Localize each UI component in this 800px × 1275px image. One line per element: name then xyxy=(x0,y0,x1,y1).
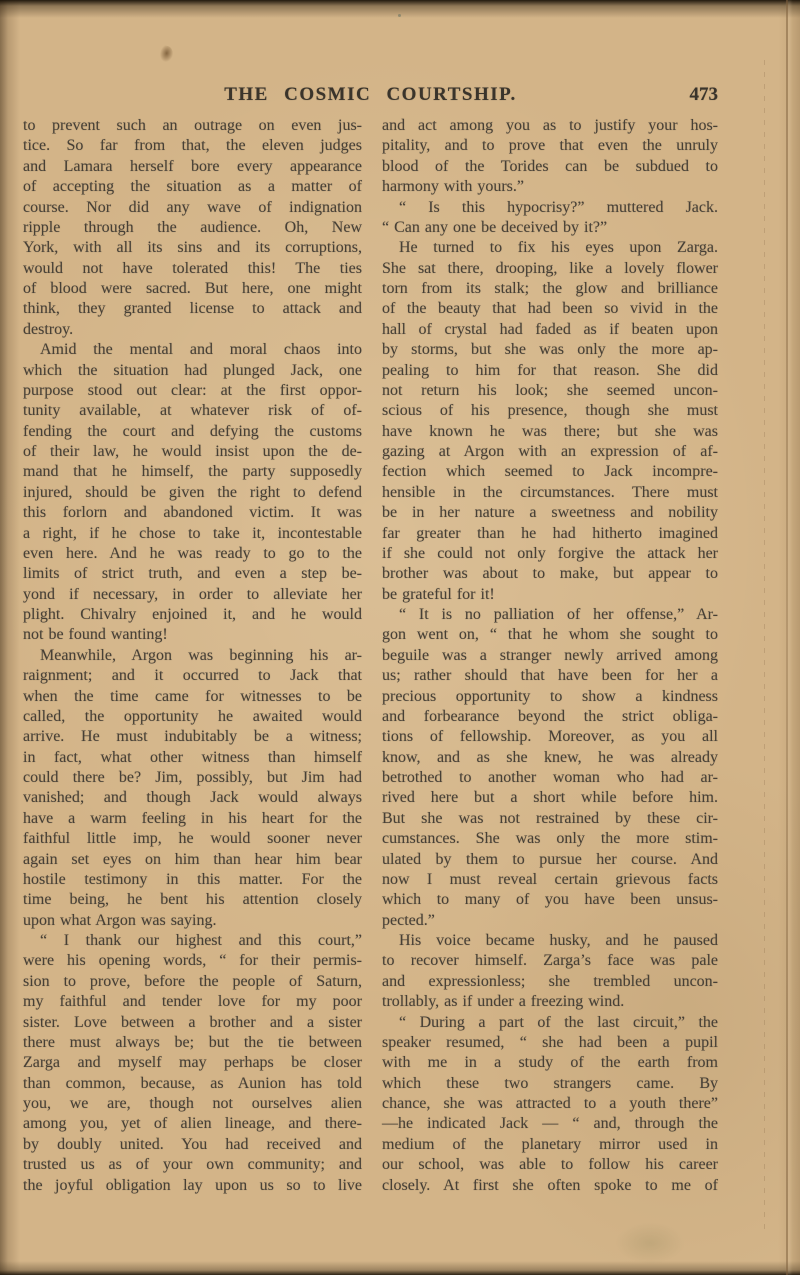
text-line: —he indicated Jack — “ and, through the xyxy=(382,1114,718,1134)
text-line: not return his look; she seemed uncon- xyxy=(382,381,718,401)
text-line: time being, he bent his attention closel… xyxy=(23,890,362,910)
text-line: which these two strangers came. By xyxy=(382,1074,718,1094)
paragraph: Meanwhile, Argon was beginning his ar-ra… xyxy=(23,646,362,931)
text-line: and forbearance beyond the strict obliga… xyxy=(382,707,718,727)
text-line: mand that he himself, the party supposed… xyxy=(23,462,362,482)
text-line: a right, if he chose to take it, inconte… xyxy=(23,524,362,544)
text-line: gazing at Argon with an expression of af… xyxy=(382,442,718,462)
page-edge-crease xyxy=(786,0,788,1275)
text-line: “ Is this hypocrisy?” muttered Jack. xyxy=(382,198,718,218)
text-line: cumstances. She was only the more stim- xyxy=(382,829,718,849)
text-line: by storms, but she was only the more ap- xyxy=(382,340,718,360)
text-line: you, we are, though not ourselves alien xyxy=(23,1094,362,1114)
text-line: even here. And he was ready to go to the xyxy=(23,544,362,564)
text-line: yond if necessary, in order to alleviate… xyxy=(23,585,362,605)
text-line: Amid the mental and moral chaos into xyxy=(23,340,362,360)
text-line: trusted us as of your own community; and xyxy=(23,1155,362,1175)
text-line: us; rather should that have been for her… xyxy=(382,666,718,686)
book-page: THE COSMIC COURTSHIP. 473 to prevent suc… xyxy=(0,0,800,1275)
text-line: medium of the planetary mirror used in xyxy=(382,1135,718,1155)
text-line: sion to prove, before the people of Satu… xyxy=(23,972,362,992)
text-line: upon what Argon was saying. xyxy=(23,911,362,931)
text-line: precious opportunity to show a kindness xyxy=(382,687,718,707)
text-line: hostile testimony in this matter. For th… xyxy=(23,870,362,890)
text-line: But she was not restrained by these cir- xyxy=(382,809,718,829)
running-title: THE COSMIC COURTSHIP. xyxy=(23,84,718,106)
text-line: our school, was able to follow his caree… xyxy=(382,1155,718,1175)
text-line: injured, should be given the right to de… xyxy=(23,483,362,503)
text-line: if she could not only forgive the attack… xyxy=(382,544,718,564)
text-line: “ During a part of the last circuit,” th… xyxy=(382,1013,718,1033)
page-seam-line xyxy=(764,60,765,1235)
text-line: brother was about to make, but appear to xyxy=(382,564,718,584)
text-line: chance, she was attracted to a youth the… xyxy=(382,1094,718,1114)
running-head: THE COSMIC COURTSHIP. 473 xyxy=(23,84,718,108)
text-line: pealing to him for that reason. She did xyxy=(382,361,718,381)
text-line: this forlorn and abandoned victim. It wa… xyxy=(23,503,362,523)
paragraph: “ It is no palliation of her offense,” A… xyxy=(382,605,718,931)
paper-smudge xyxy=(615,1222,685,1264)
text-line: speaker resumed, “ she had been a pupil xyxy=(382,1033,718,1053)
text-line: fection which seemed to Jack incompre- xyxy=(382,462,718,482)
text-line: torn from its stalk; the glow and brilli… xyxy=(382,279,718,299)
text-line: gon went on, “ that he whom she sought t… xyxy=(382,625,718,645)
text-line: than common, because, as Aunion has told xyxy=(23,1074,362,1094)
text-line: of their law, he would insist upon the d… xyxy=(23,442,362,462)
right-text-column: and act among you as to justify your hos… xyxy=(382,116,718,1196)
text-line: now I must reveal certain grievous facts xyxy=(382,870,718,890)
text-line: which to many of you have been unsus- xyxy=(382,890,718,910)
text-line: there must always be; but the tie betwee… xyxy=(23,1033,362,1053)
left-text-column: to prevent such an outrage on even jus-t… xyxy=(23,116,362,1196)
text-line: of the beauty that had been so vivid in … xyxy=(382,299,718,319)
text-line: rived here but a short while before him. xyxy=(382,788,718,808)
text-line: course. Nor did any wave of indignation xyxy=(23,198,362,218)
text-line: hall of crystal had faded as if beaten u… xyxy=(382,320,718,340)
text-line: think, they granted license to attack an… xyxy=(23,299,362,319)
paragraph: and act among you as to justify your hos… xyxy=(382,116,718,198)
text-line: faithful little imp, he would sooner nev… xyxy=(23,829,362,849)
text-line: again set eyes on him than hear him bear xyxy=(23,850,362,870)
paragraph: “ Is this hypocrisy?” muttered Jack.“ Ca… xyxy=(382,198,718,239)
text-line: called, the opportunity he awaited would xyxy=(23,707,362,727)
text-line: plight. Chivalry enjoined it, and he wou… xyxy=(23,605,362,625)
paragraph: His voice became husky, and he pausedto … xyxy=(382,931,718,1013)
text-line: tions of fellowship. Moreover, as you al… xyxy=(382,727,718,747)
text-line: ulated by them to pursue her course. And xyxy=(382,850,718,870)
text-line: “ It is no palliation of her offense,” A… xyxy=(382,605,718,625)
text-line: blood of the Torides can be subdued to xyxy=(382,157,718,177)
text-line: with me in a study of the earth from xyxy=(382,1053,718,1073)
text-line: the joyful obligation lay upon us so to … xyxy=(23,1176,362,1196)
text-line: of accepting the situation as a matter o… xyxy=(23,177,362,197)
paragraph: Amid the mental and moral chaos intowhic… xyxy=(23,340,362,646)
text-line: in fact, what other witness than himself xyxy=(23,748,362,768)
text-line: Zarga and myself may perhaps be closer xyxy=(23,1053,362,1073)
paragraph: He turned to fix his eyes upon Zarga.She… xyxy=(382,238,718,605)
text-line: arrive. He must indubitably be a witness… xyxy=(23,727,362,747)
text-line: be grateful for it! xyxy=(382,585,718,605)
text-line: fending the court and defying the custom… xyxy=(23,422,362,442)
paragraph: “ I thank our highest and this court,”we… xyxy=(23,931,362,1196)
text-line: would not have tolerated this! The ties xyxy=(23,259,362,279)
text-line: when the time came for witnesses to be xyxy=(23,687,362,707)
text-line: by doubly united. You had received and xyxy=(23,1135,362,1155)
text-line: to prevent such an outrage on even jus- xyxy=(23,116,362,136)
text-line: far greater than he had hitherto imagine… xyxy=(382,524,718,544)
text-line: were his opening words, “ for their perm… xyxy=(23,951,362,971)
paragraph: “ During a part of the last circuit,” th… xyxy=(382,1013,718,1196)
text-line: destroy. xyxy=(23,320,362,340)
page-number: 473 xyxy=(690,84,719,106)
text-line: pected.” xyxy=(382,911,718,931)
text-line: and act among you as to justify your hos… xyxy=(382,116,718,136)
text-line: be in her nature a sweetness and nobilit… xyxy=(382,503,718,523)
text-line: to recover himself. Zarga’s face was pal… xyxy=(382,951,718,971)
text-line: betrothed to another woman who had ar- xyxy=(382,768,718,788)
text-line: ripple through the audience. Oh, New xyxy=(23,218,362,238)
text-line: sister. Love between a brother and a sis… xyxy=(23,1013,362,1033)
text-line: could there be? Jim, possibly, but Jim h… xyxy=(23,768,362,788)
text-line: have known he was there; but she was xyxy=(382,422,718,442)
text-line: raignment; and it occurred to Jack that xyxy=(23,666,362,686)
text-line: Meanwhile, Argon was beginning his ar- xyxy=(23,646,362,666)
text-line: His voice became husky, and he paused xyxy=(382,931,718,951)
text-line: know, and as she knew, he was already xyxy=(382,748,718,768)
text-line: vanished; and though Jack would always xyxy=(23,788,362,808)
text-line: beguile was a stranger newly arrived amo… xyxy=(382,646,718,666)
text-line: of blood were sacred. But here, one migh… xyxy=(23,279,362,299)
text-line: “ I thank our highest and this court,” xyxy=(23,931,362,951)
text-line: my faithful and tender love for my poor xyxy=(23,992,362,1012)
text-line: and expressionless; she trembled uncon- xyxy=(382,972,718,992)
text-line: tunity available, at whatever risk of of… xyxy=(23,401,362,421)
text-line: “ Can any one be deceived by it?” xyxy=(382,218,718,238)
text-line: She sat there, drooping, like a lovely f… xyxy=(382,259,718,279)
text-line: which the situation had plunged Jack, on… xyxy=(23,361,362,381)
paper-stain xyxy=(158,45,174,64)
text-line: and Lamara herself bore every appearance xyxy=(23,157,362,177)
paragraph: to prevent such an outrage on even jus-t… xyxy=(23,116,362,340)
text-line: among you, yet of alien lineage, and the… xyxy=(23,1114,362,1134)
text-line: harmony with yours.” xyxy=(382,177,718,197)
text-line: limits of strict truth, and even a step … xyxy=(23,564,362,584)
text-line: York, with all its sins and its corrupti… xyxy=(23,238,362,258)
text-line: scious of his presence, though she must xyxy=(382,401,718,421)
text-line: trollably, as if under a freezing wind. xyxy=(382,992,718,1012)
text-line: He turned to fix his eyes upon Zarga. xyxy=(382,238,718,258)
text-line: tice. So far from that, the eleven judge… xyxy=(23,136,362,156)
text-line: closely. At first she often spoke to me … xyxy=(382,1176,718,1196)
paper-speck xyxy=(398,14,401,17)
text-line: hensible in the circumstances. There mus… xyxy=(382,483,718,503)
text-line: purpose stood out clear: at the first op… xyxy=(23,381,362,401)
text-line: have a warm feeling in his heart for the xyxy=(23,809,362,829)
text-line: not be found wanting! xyxy=(23,625,362,645)
text-line: pitality, and to prove that even the unr… xyxy=(382,136,718,156)
